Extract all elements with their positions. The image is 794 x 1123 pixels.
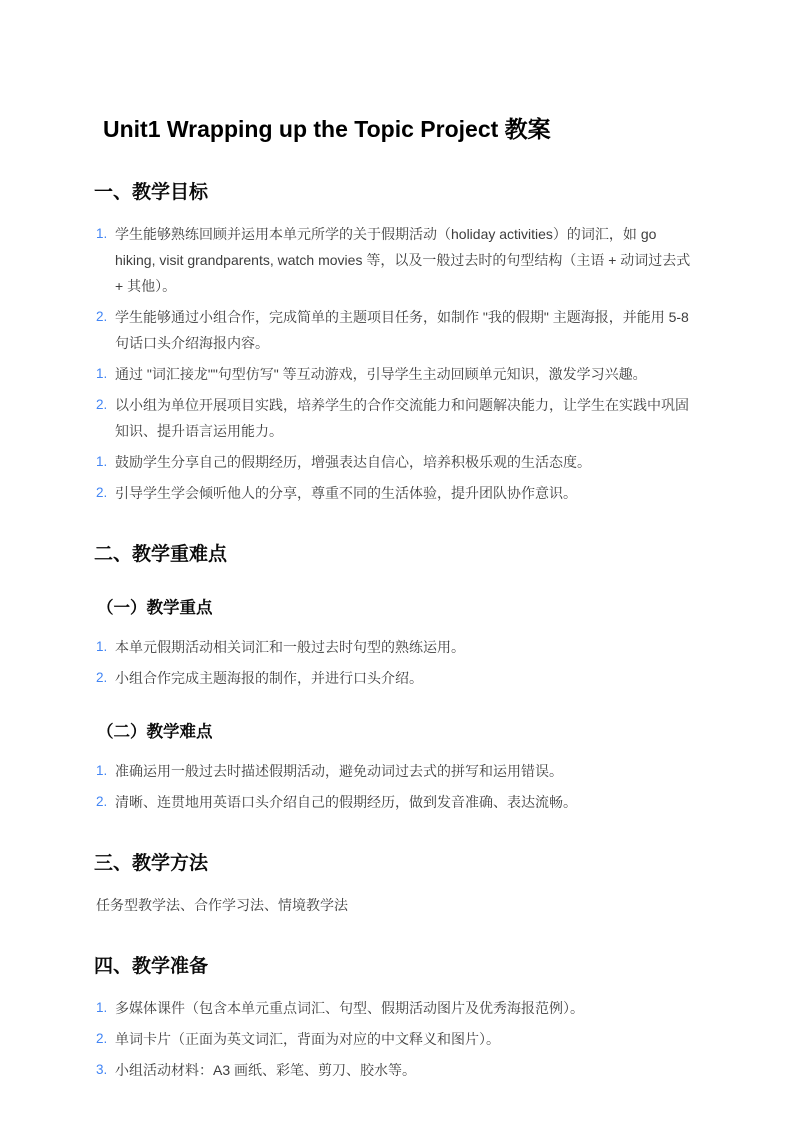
subsection-heading-difficulty: （二）教学难点 (97, 721, 700, 743)
goals-emotion-list: 1. 鼓励学生分享自己的假期经历，增强表达自信心，培养积极乐观的生活态度。 2.… (94, 449, 700, 506)
section-heading-methods: 三、教学方法 (94, 851, 700, 876)
list-item-text: 学生能够通过小组合作，完成简单的主题项目任务，如制作 "我的假期" 主题海报，并… (115, 304, 700, 356)
list-item: 1. 本单元假期活动相关词汇和一般过去时句型的熟练运用。 (96, 634, 700, 660)
list-item: 2. 单词卡片（正面为英文词汇，背面为对应的中文释义和图片）。 (96, 1026, 700, 1052)
list-item-number: 2. (96, 665, 115, 691)
list-item: 1. 学生能够熟练回顾并运用本单元所学的关于假期活动（holiday activ… (96, 221, 700, 299)
section-heading-goals: 一、教学目标 (94, 180, 700, 205)
lesson-plan-page: Unit1 Wrapping up the Topic Project 教案 一… (0, 0, 794, 1123)
list-item: 2. 以小组为单位开展项目实践，培养学生的合作交流能力和问题解决能力，让学生在实… (96, 392, 700, 444)
list-item-text: 准确运用一般过去时描述假期活动，避免动词过去式的拼写和运用错误。 (115, 758, 700, 784)
list-item: 3. 小组活动材料：A3 画纸、彩笔、剪刀、胶水等。 (96, 1057, 700, 1083)
focus-list: 1. 本单元假期活动相关词汇和一般过去时句型的熟练运用。 2. 小组合作完成主题… (94, 634, 700, 691)
list-item-text: 鼓励学生分享自己的假期经历，增强表达自信心，培养积极乐观的生活态度。 (115, 449, 700, 475)
section-heading-preparation: 四、教学准备 (94, 954, 700, 979)
list-item-number: 1. (96, 449, 115, 475)
list-item: 1. 鼓励学生分享自己的假期经历，增强表达自信心，培养积极乐观的生活态度。 (96, 449, 700, 475)
list-item-number: 3. (96, 1057, 115, 1083)
list-item-text: 引导学生学会倾听他人的分享，尊重不同的生活体验，提升团队协作意识。 (115, 480, 700, 506)
goals-ability-list: 1. 通过 "词汇接龙""句型仿写" 等互动游戏，引导学生主动回顾单元知识，激发… (94, 361, 700, 444)
list-item-text: 多媒体课件（包含本单元重点词汇、句型、假期活动图片及优秀海报范例）。 (115, 995, 700, 1021)
list-item-text: 小组活动材料：A3 画纸、彩笔、剪刀、胶水等。 (115, 1057, 700, 1083)
list-item-number: 2. (96, 789, 115, 815)
list-item-number: 1. (96, 758, 115, 784)
list-item-number: 1. (96, 221, 115, 247)
list-item: 2. 引导学生学会倾听他人的分享，尊重不同的生活体验，提升团队协作意识。 (96, 480, 700, 506)
list-item-text: 单词卡片（正面为英文词汇，背面为对应的中文释义和图片）。 (115, 1026, 700, 1052)
list-item: 1. 准确运用一般过去时描述假期活动，避免动词过去式的拼写和运用错误。 (96, 758, 700, 784)
list-item-text: 小组合作完成主题海报的制作，并进行口头介绍。 (115, 665, 700, 691)
list-item-number: 1. (96, 361, 115, 387)
list-item-text: 学生能够熟练回顾并运用本单元所学的关于假期活动（holiday activiti… (115, 221, 700, 299)
preparation-list: 1. 多媒体课件（包含本单元重点词汇、句型、假期活动图片及优秀海报范例）。 2.… (94, 995, 700, 1083)
section-heading-key-points: 二、教学重难点 (94, 542, 700, 567)
list-item: 1. 多媒体课件（包含本单元重点词汇、句型、假期活动图片及优秀海报范例）。 (96, 995, 700, 1021)
goals-knowledge-list: 1. 学生能够熟练回顾并运用本单元所学的关于假期活动（holiday activ… (94, 221, 700, 356)
list-item: 2. 小组合作完成主题海报的制作，并进行口头介绍。 (96, 665, 700, 691)
list-item: 1. 通过 "词汇接龙""句型仿写" 等互动游戏，引导学生主动回顾单元知识，激发… (96, 361, 700, 387)
list-item-text: 清晰、连贯地用英语口头介绍自己的假期经历，做到发音准确、表达流畅。 (115, 789, 700, 815)
list-item-number: 2. (96, 1026, 115, 1052)
subsection-heading-focus: （一）教学重点 (97, 597, 700, 619)
list-item-number: 1. (96, 995, 115, 1021)
methods-paragraph: 任务型教学法、合作学习法、情境教学法 (96, 892, 700, 918)
list-item: 2. 学生能够通过小组合作，完成简单的主题项目任务，如制作 "我的假期" 主题海… (96, 304, 700, 356)
list-item-text: 通过 "词汇接龙""句型仿写" 等互动游戏，引导学生主动回顾单元知识，激发学习兴… (115, 361, 700, 387)
document-title: Unit1 Wrapping up the Topic Project 教案 (103, 114, 700, 144)
list-item: 2. 清晰、连贯地用英语口头介绍自己的假期经历，做到发音准确、表达流畅。 (96, 789, 700, 815)
list-item-number: 2. (96, 304, 115, 330)
list-item-number: 2. (96, 480, 115, 506)
list-item-text: 本单元假期活动相关词汇和一般过去时句型的熟练运用。 (115, 634, 700, 660)
list-item-number: 1. (96, 634, 115, 660)
list-item-number: 2. (96, 392, 115, 418)
list-item-text: 以小组为单位开展项目实践，培养学生的合作交流能力和问题解决能力，让学生在实践中巩… (115, 392, 700, 444)
difficulty-list: 1. 准确运用一般过去时描述假期活动，避免动词过去式的拼写和运用错误。 2. 清… (94, 758, 700, 815)
